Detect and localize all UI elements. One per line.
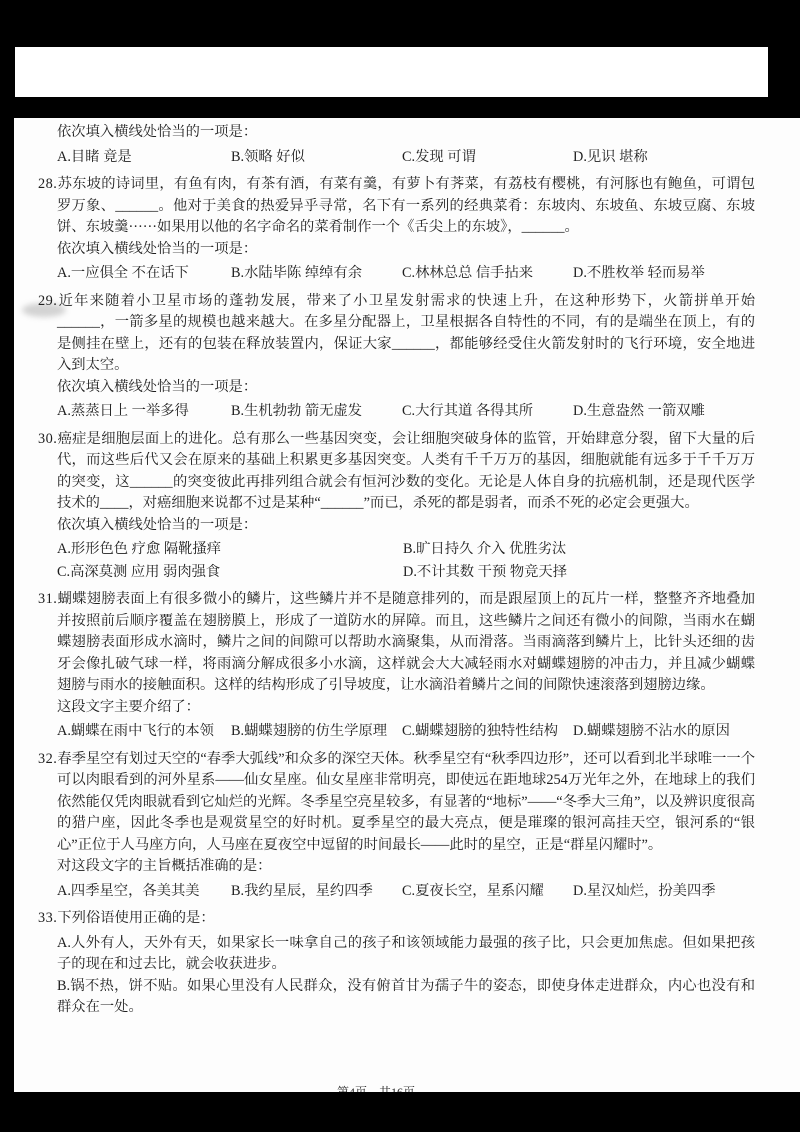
- question-body-text: 近年来随着小卫星市场的蓬勃发展，带来了小卫星发射需求的快速上升，在这种形势下，火…: [57, 293, 755, 374]
- options-row: A.目睹 竟是 B.领略 好似 C.发现 可谓 D.见识 堪称: [57, 144, 755, 172]
- option-c: C.蝴蝶翅膀的独特性结构: [402, 721, 573, 743]
- question-prompt: 依次填入横线处恰当的一项是：: [57, 122, 755, 144]
- question-text: 31.蝴蝶翅膀表面上有很多微小的鳞片，这些鳞片并不是随意排列的，而是跟屋顶上的瓦…: [57, 589, 755, 697]
- question-text: 30.癌症是细胞层面上的进化。总有那么一些基因突变，会让细胞突破身体的监管，开始…: [57, 429, 755, 515]
- question-30: 30.癌症是细胞层面上的进化。总有那么一些基因突变，会让细胞突破身体的监管，开始…: [57, 429, 755, 587]
- question-prompt: 这段文字主要介绍了：: [57, 697, 755, 719]
- option-b: B.我约星辰，星约四季: [231, 881, 402, 903]
- question-body-text: 下列俗语使用正确的是：: [57, 910, 214, 926]
- option-d: D.不计其数 干预 物竞天择: [403, 562, 755, 584]
- option-b: B.锅不热，饼不贴。如果心里没有人民群众，没有俯首甘为孺子牛的姿态，即使身体走进…: [57, 976, 755, 1019]
- question-text: 33.下列俗语使用正确的是：: [57, 908, 755, 930]
- question-29: 29.近年来随着小卫星市场的蓬勃发展，带来了小卫星发射需求的快速上升，在这种形势…: [57, 291, 755, 426]
- option-c: C.大行其道 各得其所: [402, 401, 573, 423]
- question-27-continuation: 依次填入横线处恰当的一项是： A.目睹 竟是 B.领略 好似 C.发现 可谓 D…: [57, 122, 755, 171]
- blank-header-box: [15, 47, 768, 97]
- question-body-text: 苏东坡的诗词里，有鱼有肉，有茶有酒，有菜有羹，有萝卜有荠菜，有荔枝有樱桃，有河豚…: [57, 176, 755, 235]
- options-row: A.四季星空，各美其美 B.我约星辰，星约四季 C.夏夜长空，星系闪耀 D.星汉…: [57, 878, 755, 906]
- question-text: 32.春季星空有划过天空的“春季大弧线”和众多的深空天体。秋季星空有“秋季四边形…: [57, 749, 755, 857]
- option-b: B.生机勃勃 箭无虚发: [231, 401, 402, 423]
- option-d: D.蝴蝶翅膀不沾水的原因: [573, 721, 755, 743]
- question-text: 28.苏东坡的诗词里，有鱼有肉，有茶有酒，有菜有羹，有萝卜有荠菜，有荔枝有樱桃，…: [57, 174, 755, 239]
- question-number: 31.: [38, 591, 57, 607]
- question-prompt: 依次填入横线处恰当的一项是：: [57, 239, 755, 261]
- option-c: C.高深莫测 应用 弱肉强食: [57, 562, 403, 584]
- options-row: A.蒸蒸日上 一举多得 B.生机勃勃 箭无虚发 C.大行其道 各得其所 D.生意…: [57, 398, 755, 426]
- option-a: A.目睹 竟是: [57, 147, 231, 169]
- options-stacked: A.人外有人，天外有天，如果家长一味拿自己的孩子和该领域能力最强的孩子比，只会更…: [57, 930, 755, 1022]
- option-c: C.夏夜长空，星系闪耀: [402, 881, 573, 903]
- question-prompt: 依次填入横线处恰当的一项是：: [57, 377, 755, 399]
- question-text: 29.近年来随着小卫星市场的蓬勃发展，带来了小卫星发射需求的快速上升，在这种形势…: [57, 291, 755, 377]
- question-33: 33.下列俗语使用正确的是： A.人外有人，天外有天，如果家长一味拿自己的孩子和…: [57, 908, 755, 1022]
- option-d: D.不胜枚举 轻而易举: [573, 263, 755, 285]
- left-black-scan-border: [0, 118, 14, 1092]
- option-a: A.形形色色 疗愈 隔靴搔痒: [57, 539, 403, 561]
- question-body-text: 春季星空有划过天空的“春季大弧线”和众多的深空天体。秋季星空有“秋季四边形”，还…: [57, 751, 755, 853]
- option-d: D.见识 堪称: [573, 147, 755, 169]
- question-number: 28.: [38, 176, 57, 192]
- question-number: 29.: [38, 293, 57, 309]
- option-c: C.林林总总 信手拈来: [402, 263, 573, 285]
- scanned-exam-page: 依次填入横线处恰当的一项是： A.目睹 竟是 B.领略 好似 C.发现 可谓 D…: [0, 0, 800, 1132]
- option-b: B.水陆毕陈 绰绰有余: [231, 263, 402, 285]
- option-d: D.生意盎然 一箭双雕: [573, 401, 755, 423]
- top-black-scan-border: [0, 0, 800, 118]
- question-prompt: 对这段文字的主旨概括准确的是：: [57, 856, 755, 878]
- option-b: B.领略 好似: [231, 147, 402, 169]
- options-grid: A.形形色色 疗愈 隔靴搔痒 B.旷日持久 介入 优胜劣汰 C.高深莫测 应用 …: [57, 536, 755, 586]
- question-31: 31.蝴蝶翅膀表面上有很多微小的鳞片，这些鳞片并不是随意排列的，而是跟屋顶上的瓦…: [57, 589, 755, 746]
- option-c: C.发现 可谓: [402, 147, 573, 169]
- options-row: A.蝴蝶在雨中飞行的本领 B.蝴蝶翅膀的仿生学原理 C.蝴蝶翅膀的独特性结构 D…: [57, 718, 755, 746]
- option-a: A.人外有人，天外有天，如果家长一味拿自己的孩子和该领域能力最强的孩子比，只会更…: [57, 933, 755, 976]
- question-32: 32.春季星空有划过天空的“春季大弧线”和众多的深空天体。秋季星空有“秋季四边形…: [57, 749, 755, 906]
- question-28: 28.苏东坡的诗词里，有鱼有肉，有茶有酒，有菜有羹，有萝卜有荠菜，有荔枝有樱桃，…: [57, 174, 755, 288]
- option-a: A.蒸蒸日上 一举多得: [57, 401, 231, 423]
- option-b: B.蝴蝶翅膀的仿生学原理: [231, 721, 402, 743]
- question-body-text: 蝴蝶翅膀表面上有很多微小的鳞片，这些鳞片并不是随意排列的，而是跟屋顶上的瓦片一样…: [57, 591, 755, 693]
- option-b: B.旷日持久 介入 优胜劣汰: [403, 539, 755, 561]
- option-d: D.星汉灿烂，扮美四季: [573, 881, 755, 903]
- question-number: 30.: [38, 431, 57, 447]
- bottom-black-scan-border: [0, 1092, 800, 1132]
- question-number: 32.: [38, 751, 57, 767]
- options-row: A.一应俱全 不在话下 B.水陆毕陈 绰绰有余 C.林林总总 信手拈来 D.不胜…: [57, 260, 755, 288]
- question-prompt: 依次填入横线处恰当的一项是：: [57, 515, 755, 537]
- option-a: A.四季星空，各美其美: [57, 881, 231, 903]
- option-a: A.蝴蝶在雨中飞行的本领: [57, 721, 231, 743]
- question-body-text: 癌症是细胞层面上的进化。总有那么一些基因突变，会让细胞突破身体的监管，开始肆意分…: [57, 431, 755, 512]
- exam-content: 依次填入横线处恰当的一项是： A.目睹 竟是 B.领略 好似 C.发现 可谓 D…: [57, 122, 755, 1025]
- option-a: A.一应俱全 不在话下: [57, 263, 231, 285]
- question-number: 33.: [38, 910, 57, 926]
